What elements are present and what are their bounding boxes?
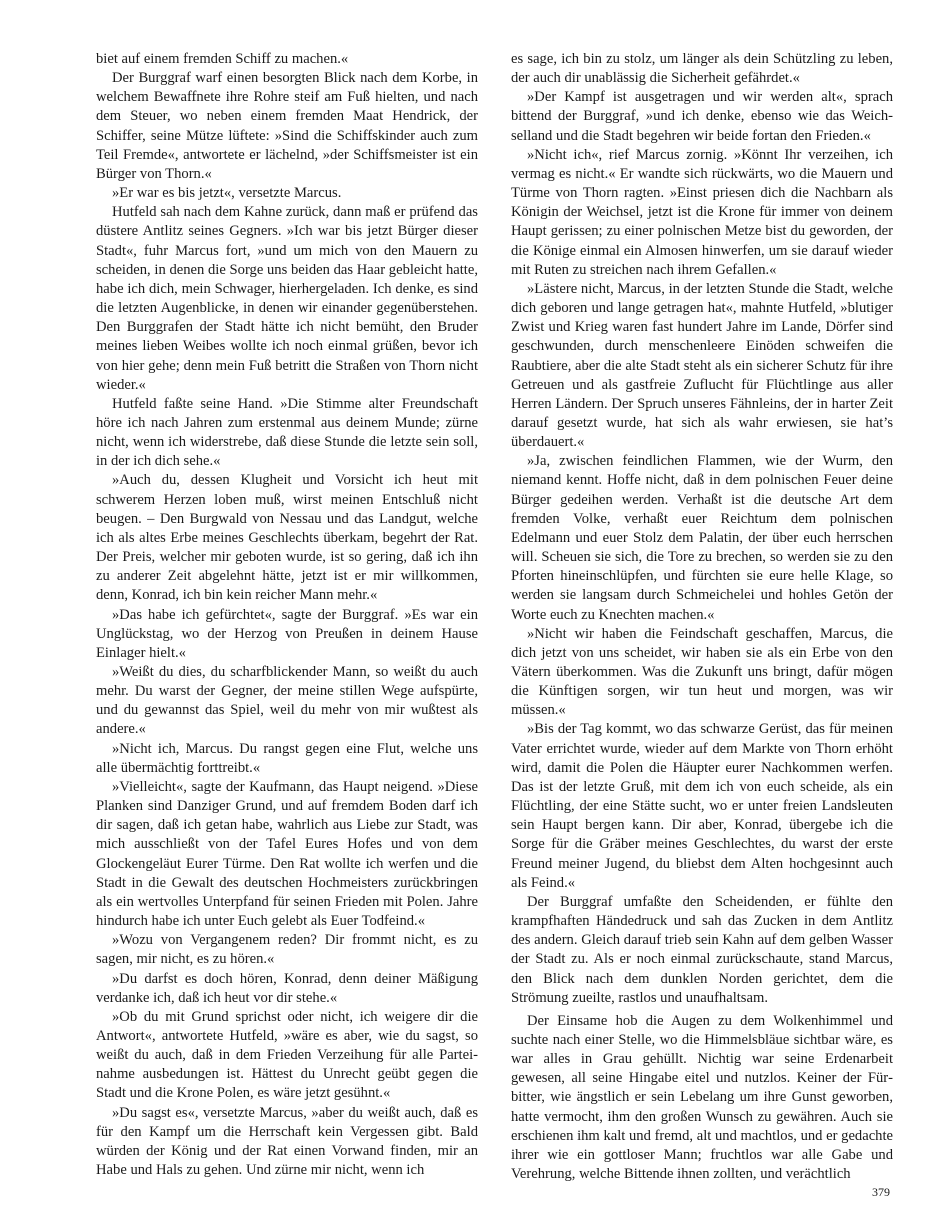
paragraph: »Er war es bis jetzt«, versetzte Marcus.: [96, 184, 478, 203]
paragraph: »Der Kampf ist ausgetragen und wir werde…: [511, 88, 893, 145]
left-text-column: biet auf einem fremden Schiff zu machen.…: [96, 50, 478, 1180]
paragraph: Der Burggraf umfaßte den Scheidenden, er…: [511, 893, 893, 1008]
paragraph: biet auf einem fremden Schiff zu machen.…: [96, 50, 478, 69]
paragraph: »Auch du, dessen Klugheit und Vorsicht i…: [96, 471, 478, 605]
paragraph: »Ob du mit Grund sprichst oder nicht, ic…: [96, 1008, 478, 1104]
paragraph: »Nicht ich«, rief Marcus zornig. »Könnt …: [511, 146, 893, 280]
page-number: 379: [872, 1185, 890, 1200]
paragraph: »Nicht wir haben die Feindschaft geschaf…: [511, 625, 893, 721]
paragraph: »Du darfst es doch hören, Konrad, denn d…: [96, 970, 478, 1008]
paragraph: »Das habe ich gefürchtet«, sagte der Bur…: [96, 606, 478, 663]
paragraph: »Ja, zwischen feindlichen Flammen, wie d…: [511, 452, 893, 624]
paragraph: Hutfeld faßte seine Hand. »Die Stimme al…: [96, 395, 478, 472]
paragraph: »Weißt du dies, du scharfblickender Mann…: [96, 663, 478, 740]
paragraph: »Wozu von Vergangenem reden? Dir frommt …: [96, 931, 478, 969]
paragraph: »Nicht ich, Marcus. Du rangst gegen eine…: [96, 740, 478, 778]
paragraph: »Du sagst es«, versetzte Marcus, »aber d…: [96, 1104, 478, 1181]
paragraph: »Bis der Tag kommt, wo das schwarze Gerü…: [511, 720, 893, 892]
paragraph: Der Burggraf warf einen besorgten Blick …: [96, 69, 478, 184]
paragraph: es sage, ich bin zu stolz, um länger als…: [511, 50, 893, 88]
paragraph: Hutfeld sah nach dem Kahne zurück, dann …: [96, 203, 478, 395]
paragraph: Der Einsame hob die Augen zu dem Wolkenh…: [511, 1012, 893, 1184]
paragraph: »Vielleicht«, sagte der Kaufmann, das Ha…: [96, 778, 478, 931]
paragraph: »Lästere nicht, Marcus, in der letzten S…: [511, 280, 893, 452]
right-text-column: es sage, ich bin zu stolz, um länger als…: [511, 50, 893, 1184]
